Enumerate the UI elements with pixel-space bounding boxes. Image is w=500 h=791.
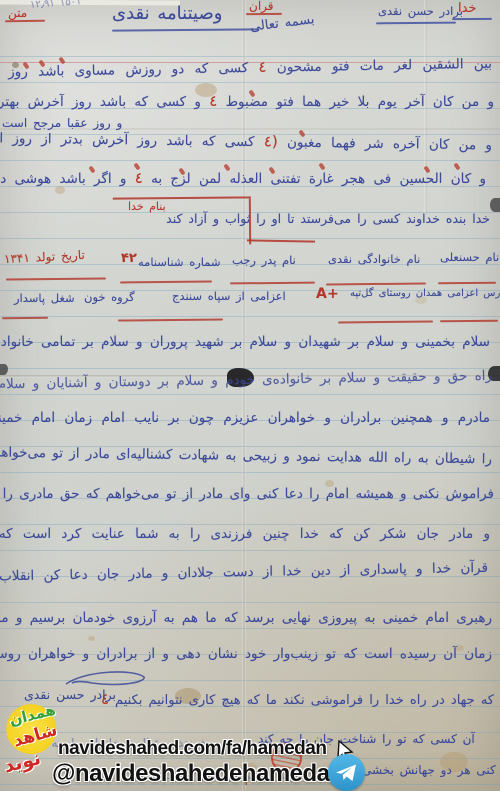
body-line: و مادر جان شکر کن که خدا چنین فرزندی را … — [10, 526, 490, 542]
quran-label: قرآن — [249, 0, 274, 13]
hadith-mark: (٤ — [264, 132, 278, 150]
field-father-name: نام پدر رجب — [232, 253, 296, 267]
hadith-persian: و کسی که باشد روز آخرش بهتر از روز قبلی … — [0, 94, 201, 110]
hadith-arabic: و کان الحسین فی هجر غارة تفتنی العذله لم… — [151, 171, 486, 187]
hadith-mark: ٤ — [209, 92, 217, 110]
vertical-fold-crease — [242, 0, 246, 791]
body-line: مادرم و همچنین برادران و خواهران عزیزم چ… — [10, 410, 490, 426]
header-note: متن — [8, 6, 27, 20]
quran-underline — [246, 13, 282, 15]
watermark-handle: @navideshahedehamedan — [52, 760, 344, 788]
scanned-will-document: متن ۱۵۰۱ ۱۲٫۹۱ وصیتنامه نقدی قرآن بسمه ت… — [0, 0, 500, 791]
document-title: وصیتنامه نقدی — [112, 3, 222, 24]
poem-hemistich: دیوانه کنی هر دو جهانش بخشی — [362, 763, 500, 777]
addressee: برادر حسن نقدی — [378, 4, 463, 18]
field-address: آدرس اعزامی همدان روستای گل‌تپه — [350, 288, 500, 299]
field-job: شغل پاسدار — [14, 291, 75, 305]
paper-stain — [88, 636, 95, 641]
addressee-underline — [376, 22, 456, 25]
field-id-label: شماره شناسنامه — [138, 255, 221, 269]
paper-stain — [55, 186, 65, 194]
header-scribble: ۱۵۰۱ ۱۲٫۹۱ — [30, 0, 82, 11]
hadith-mark: ٤ — [135, 169, 143, 187]
dedication-label: بنام خدا — [128, 200, 166, 213]
hadith-persian: کسی که باشد روز آخرش بدتر از روز اولش او… — [0, 129, 255, 150]
body-line: زمان آن رسیده است که تو زینب‌وار خود نشا… — [6, 646, 492, 662]
closing-text: که جهاد در راه خدا را فراموشی نکند ما که… — [115, 693, 494, 708]
hadith-persian: و اگر باشد هوشی در صراح مرئی — [0, 171, 126, 187]
body-line: فراموش نکنی و همیشه امام را دعا کنی وای … — [4, 486, 494, 502]
watermark-url: navideshahed.com/fa/hamedan — [58, 738, 326, 760]
god-word: خدا — [458, 1, 476, 16]
hadith-arabic: و من کان آخر یوم بلا خیر هما فتو مضبوط — [226, 94, 494, 110]
basmala: بسمه تعالی — [249, 12, 315, 35]
ink-smudge-right — [490, 198, 500, 212]
field-dispatch: اعزامی از سپاه سنندج — [172, 289, 286, 303]
hadith-line: و کان الحسین فی هجر غارة تفتنی العذله لم… — [10, 169, 486, 187]
body-line: سلام بخمینی و سلام بر شهیدان و سلام بر ش… — [8, 334, 490, 350]
hadith-arabic: و من کان آخره شر فهما مغبون — [287, 135, 492, 154]
body-line: رهبری امام خمینی به پیروزی نهایی برسد که… — [6, 610, 492, 626]
closing-line: که جهاد در راه خدا را فراموشی نکند ما که… — [101, 690, 494, 708]
hadith-line: و من کان آخر یوم بلا خیر هما فتو مضبوط ٤… — [4, 92, 494, 110]
telegram-icon — [328, 754, 365, 791]
dedication-line: خدا بنده خداوند کسی را می‌فرستد تا او را… — [166, 211, 490, 226]
field-family-name: نام خانوادگی نقدی — [328, 252, 420, 266]
hadith-mark: ٤ — [258, 58, 266, 76]
field-first-name: نام حسنعلی — [440, 250, 499, 264]
navideshahed-logo: همدان شاهد نوید — [0, 695, 73, 791]
field-id-value: ۴۲ — [121, 251, 137, 266]
god-underline — [452, 18, 492, 20]
field-blood-label: گروه خون — [84, 290, 135, 304]
header-note-underline — [5, 20, 45, 22]
field-blood-value: +A — [316, 286, 339, 302]
logo-text-navid: نوید — [2, 747, 43, 777]
title-underline — [112, 28, 258, 31]
